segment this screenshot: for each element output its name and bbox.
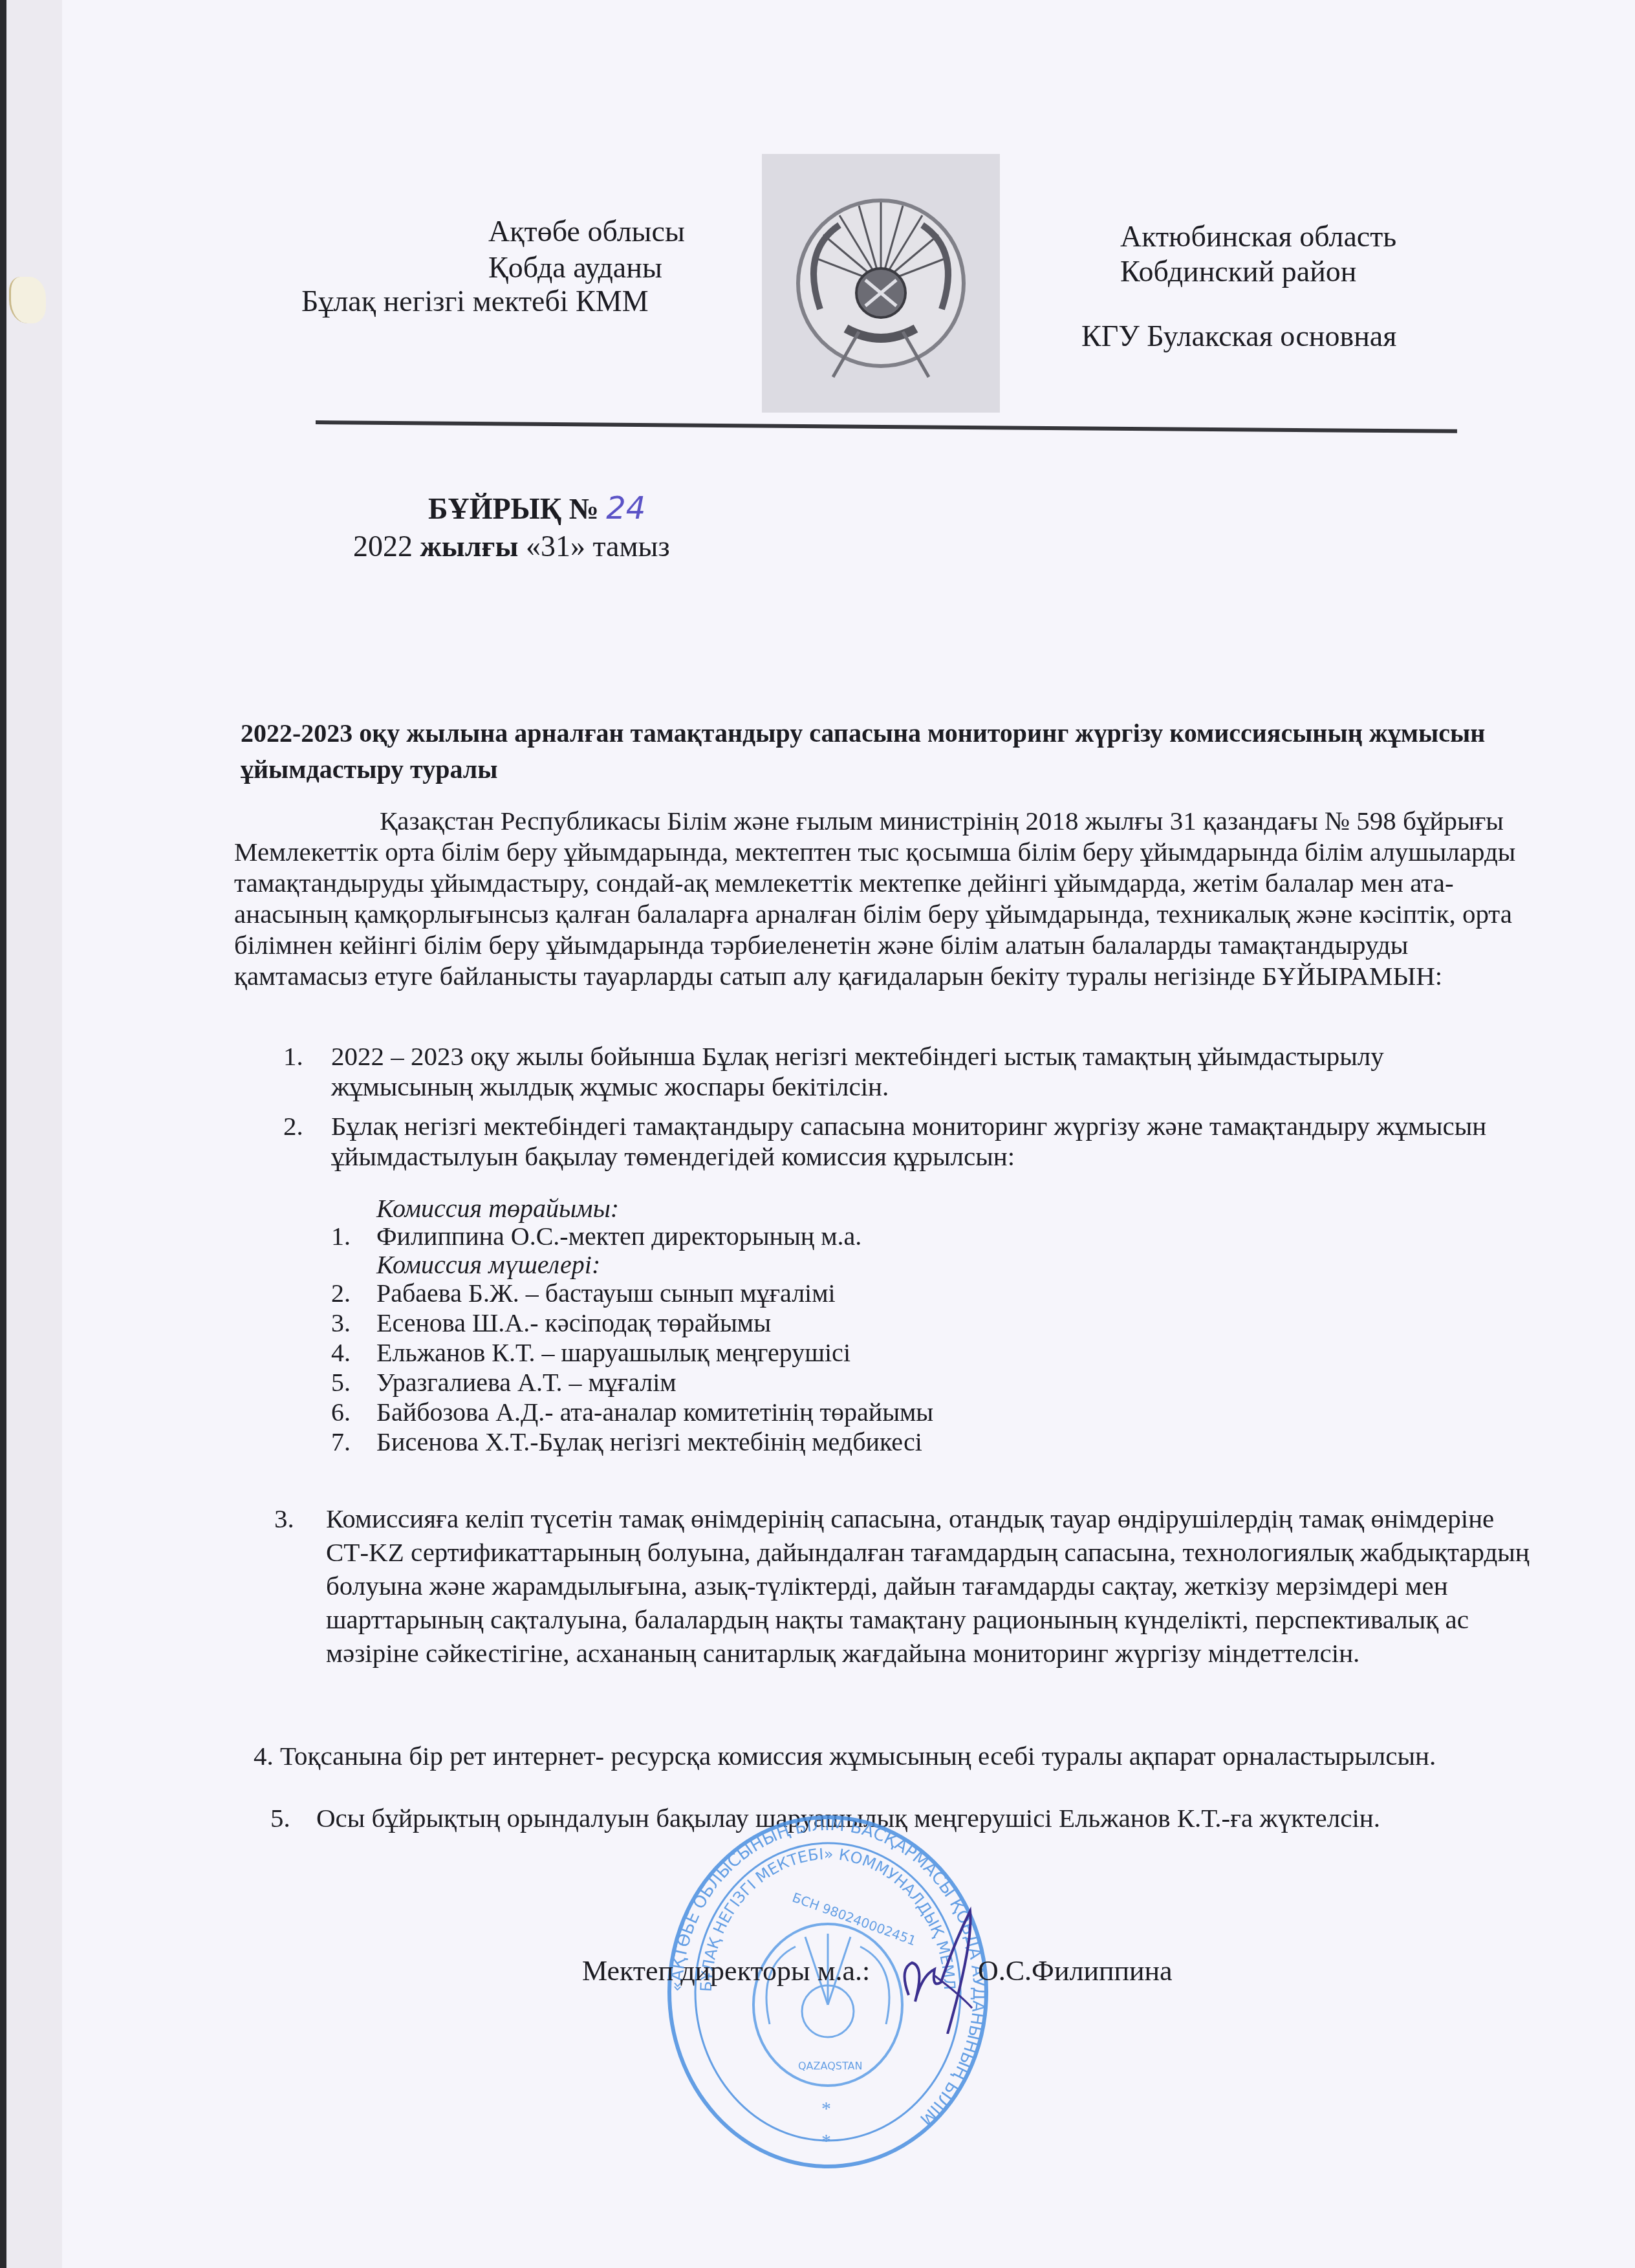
order-item-1: 1. 2022 – 2023 оқу жылы бойынша Бұлақ не… <box>283 1041 1512 1102</box>
commission-member: 2. Рабаева Б.Ж. – бастауыш сынып мұғалім… <box>331 1279 351 1308</box>
order-title: БҰЙРЫҚ № 24 <box>428 490 645 526</box>
signature-label: Мектеп директоры м.а.: <box>582 1954 870 1987</box>
order-number: 24 <box>606 490 645 526</box>
member-number: 2. <box>331 1279 351 1308</box>
svg-text:QAZAQSTAN: QAZAQSTAN <box>798 2060 862 2072</box>
scan-margin <box>6 0 62 2268</box>
header-divider <box>316 420 1457 433</box>
header-left-district: Қобда ауданы <box>488 250 662 286</box>
commission-member: 7. Бисенова Х.Т.-Бұлақ негізгі мектебіні… <box>331 1428 351 1456</box>
member-number: 6. <box>331 1398 351 1427</box>
item-number: 4. <box>254 1741 274 1771</box>
item-number: 2. <box>283 1111 303 1141</box>
header-right-district: Кобдинский район <box>1120 254 1356 290</box>
item-text: Бұлақ негізгі мектебіндегі тамақтандыру … <box>331 1111 1547 1172</box>
member-text: Рабаева Б.Ж. – бастауыш сынып мұғалімі <box>376 1279 836 1308</box>
member-number: 3. <box>331 1308 351 1337</box>
date-month: тамыз <box>592 530 669 563</box>
item-number: 1. <box>283 1041 303 1072</box>
member-text: Есенова Ш.А.- кәсіподақ төрайымы <box>376 1309 771 1337</box>
member-number: 5. <box>331 1368 351 1397</box>
order-item-2: 2. Бұлақ негізгі мектебіндегі тамақтанды… <box>283 1111 1551 1172</box>
commission-member: 4. Ельжанов К.Т. – шаруашылық меңгерушіс… <box>331 1339 351 1367</box>
member-text: Филиппина О.С.-мектеп директорының м.а. <box>376 1222 861 1251</box>
member-text: Ельжанов К.Т. – шаруашылық меңгерушісі <box>376 1339 850 1367</box>
commission-chair: 1. Филиппина О.С.-мектеп директорының м.… <box>331 1222 351 1251</box>
member-number: 7. <box>331 1427 351 1456</box>
preamble-paragraph: Қазақстан Республикасы Білім және ғылым … <box>234 805 1541 991</box>
commission-chair-heading: Комиссия төрайымы: <box>376 1194 619 1223</box>
commission-member: 3. Есенова Ш.А.- кәсіподақ төрайымы <box>331 1309 351 1337</box>
date-year: 2022 <box>353 530 413 563</box>
item-number: 3. <box>274 1502 294 1535</box>
svg-text:*: * <box>821 2130 831 2152</box>
order-date: 2022 жылғы «31» тамыз <box>353 529 670 563</box>
state-emblem-icon <box>762 154 1000 413</box>
commission-member: 5. Уразгалиева А.Т. – мұғалім <box>331 1368 351 1397</box>
member-number: 1. <box>331 1222 351 1251</box>
member-text: Уразгалиева А.Т. – мұғалім <box>376 1368 677 1397</box>
signatory-name: О.С.Филиппина <box>978 1954 1173 1987</box>
member-number: 4. <box>331 1338 351 1367</box>
date-day: «31» <box>526 530 585 563</box>
handwritten-signature-icon <box>896 1905 980 2034</box>
order-title-text: БҰЙРЫҚ № <box>428 492 599 525</box>
commission-members-heading: Комиссия мүшелері: <box>376 1251 600 1279</box>
header-right-region: Актюбинская область <box>1120 219 1396 255</box>
header-right-school: КГУ Булакская основная <box>1081 318 1396 354</box>
order-item-3: 3. Комиссияға келіп түсетін тамақ өнімде… <box>274 1502 1542 1670</box>
item-number: 5. <box>270 1803 290 1833</box>
member-text: Байбозова А.Д.- ата-аналар комитетінің т… <box>376 1398 933 1427</box>
member-text: Бисенова Х.Т.-Бұлақ негізгі мектебінің м… <box>376 1428 922 1456</box>
item-text: 2022 – 2023 оқу жылы бойынша Бұлақ негіз… <box>331 1041 1482 1102</box>
item-text: Комиссияға келіп түсетін тамақ өнімдерін… <box>326 1502 1535 1670</box>
date-word: жылғы <box>420 530 519 563</box>
scan-edge <box>0 0 6 2268</box>
commission-member: 6. Байбозова А.Д.- ата-аналар комитетіні… <box>331 1398 351 1427</box>
header-left-region: Ақтөбе облысы <box>488 213 685 250</box>
order-item-4: 4. Тоқсанына бір рет интернет- ресурсқа … <box>254 1741 1436 1771</box>
svg-text:*: * <box>821 2098 831 2119</box>
order-subject: 2022-2023 оқу жылына арналған тамақтанды… <box>241 715 1534 788</box>
item-text: Тоқсанына бір рет интернет- ресурсқа ком… <box>280 1741 1436 1771</box>
header-left-school: Бұлақ негізгі мектебі КММ <box>301 283 649 319</box>
paper-tear <box>9 277 46 323</box>
